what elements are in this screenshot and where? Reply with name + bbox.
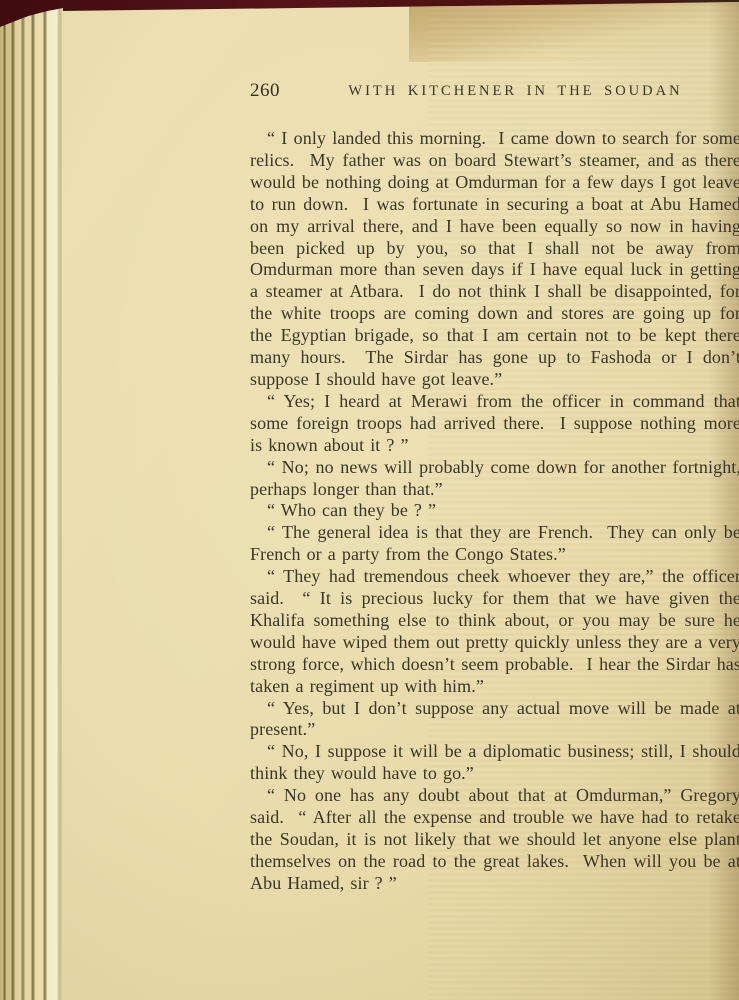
paragraph: “ No one has any doubt about that at Omd… (250, 785, 739, 895)
paragraph: “ Yes; I heard at Merawi from the office… (250, 391, 739, 457)
page-number: 260 (250, 80, 280, 102)
paragraph: “ No, I suppose it will be a diplomatic … (250, 741, 739, 785)
page-content: 260 WITH KITCHENER IN THE SOUDAN “ I onl… (250, 80, 739, 895)
paragraph: “ Who can they be ? ” (250, 500, 739, 522)
page-header: 260 WITH KITCHENER IN THE SOUDAN (250, 80, 739, 104)
paragraph: “ They had tremendous cheek whoever they… (250, 566, 739, 697)
body-text: “ I only landed this morning. I came dow… (250, 128, 739, 895)
scanned-book-page: 260 WITH KITCHENER IN THE SOUDAN “ I onl… (0, 0, 739, 1000)
paragraph: “ The general idea is that they are Fren… (250, 522, 739, 566)
book-page: 260 WITH KITCHENER IN THE SOUDAN “ I onl… (62, 0, 739, 1000)
paragraph: “ No; no news will probably come down fo… (250, 457, 739, 501)
running-header: WITH KITCHENER IN THE SOUDAN (290, 83, 739, 100)
book-page-edges (0, 0, 63, 1000)
paragraph: “ I only landed this morning. I came dow… (250, 128, 739, 391)
paragraph: “ Yes, but I don’t suppose any actual mo… (250, 698, 739, 742)
